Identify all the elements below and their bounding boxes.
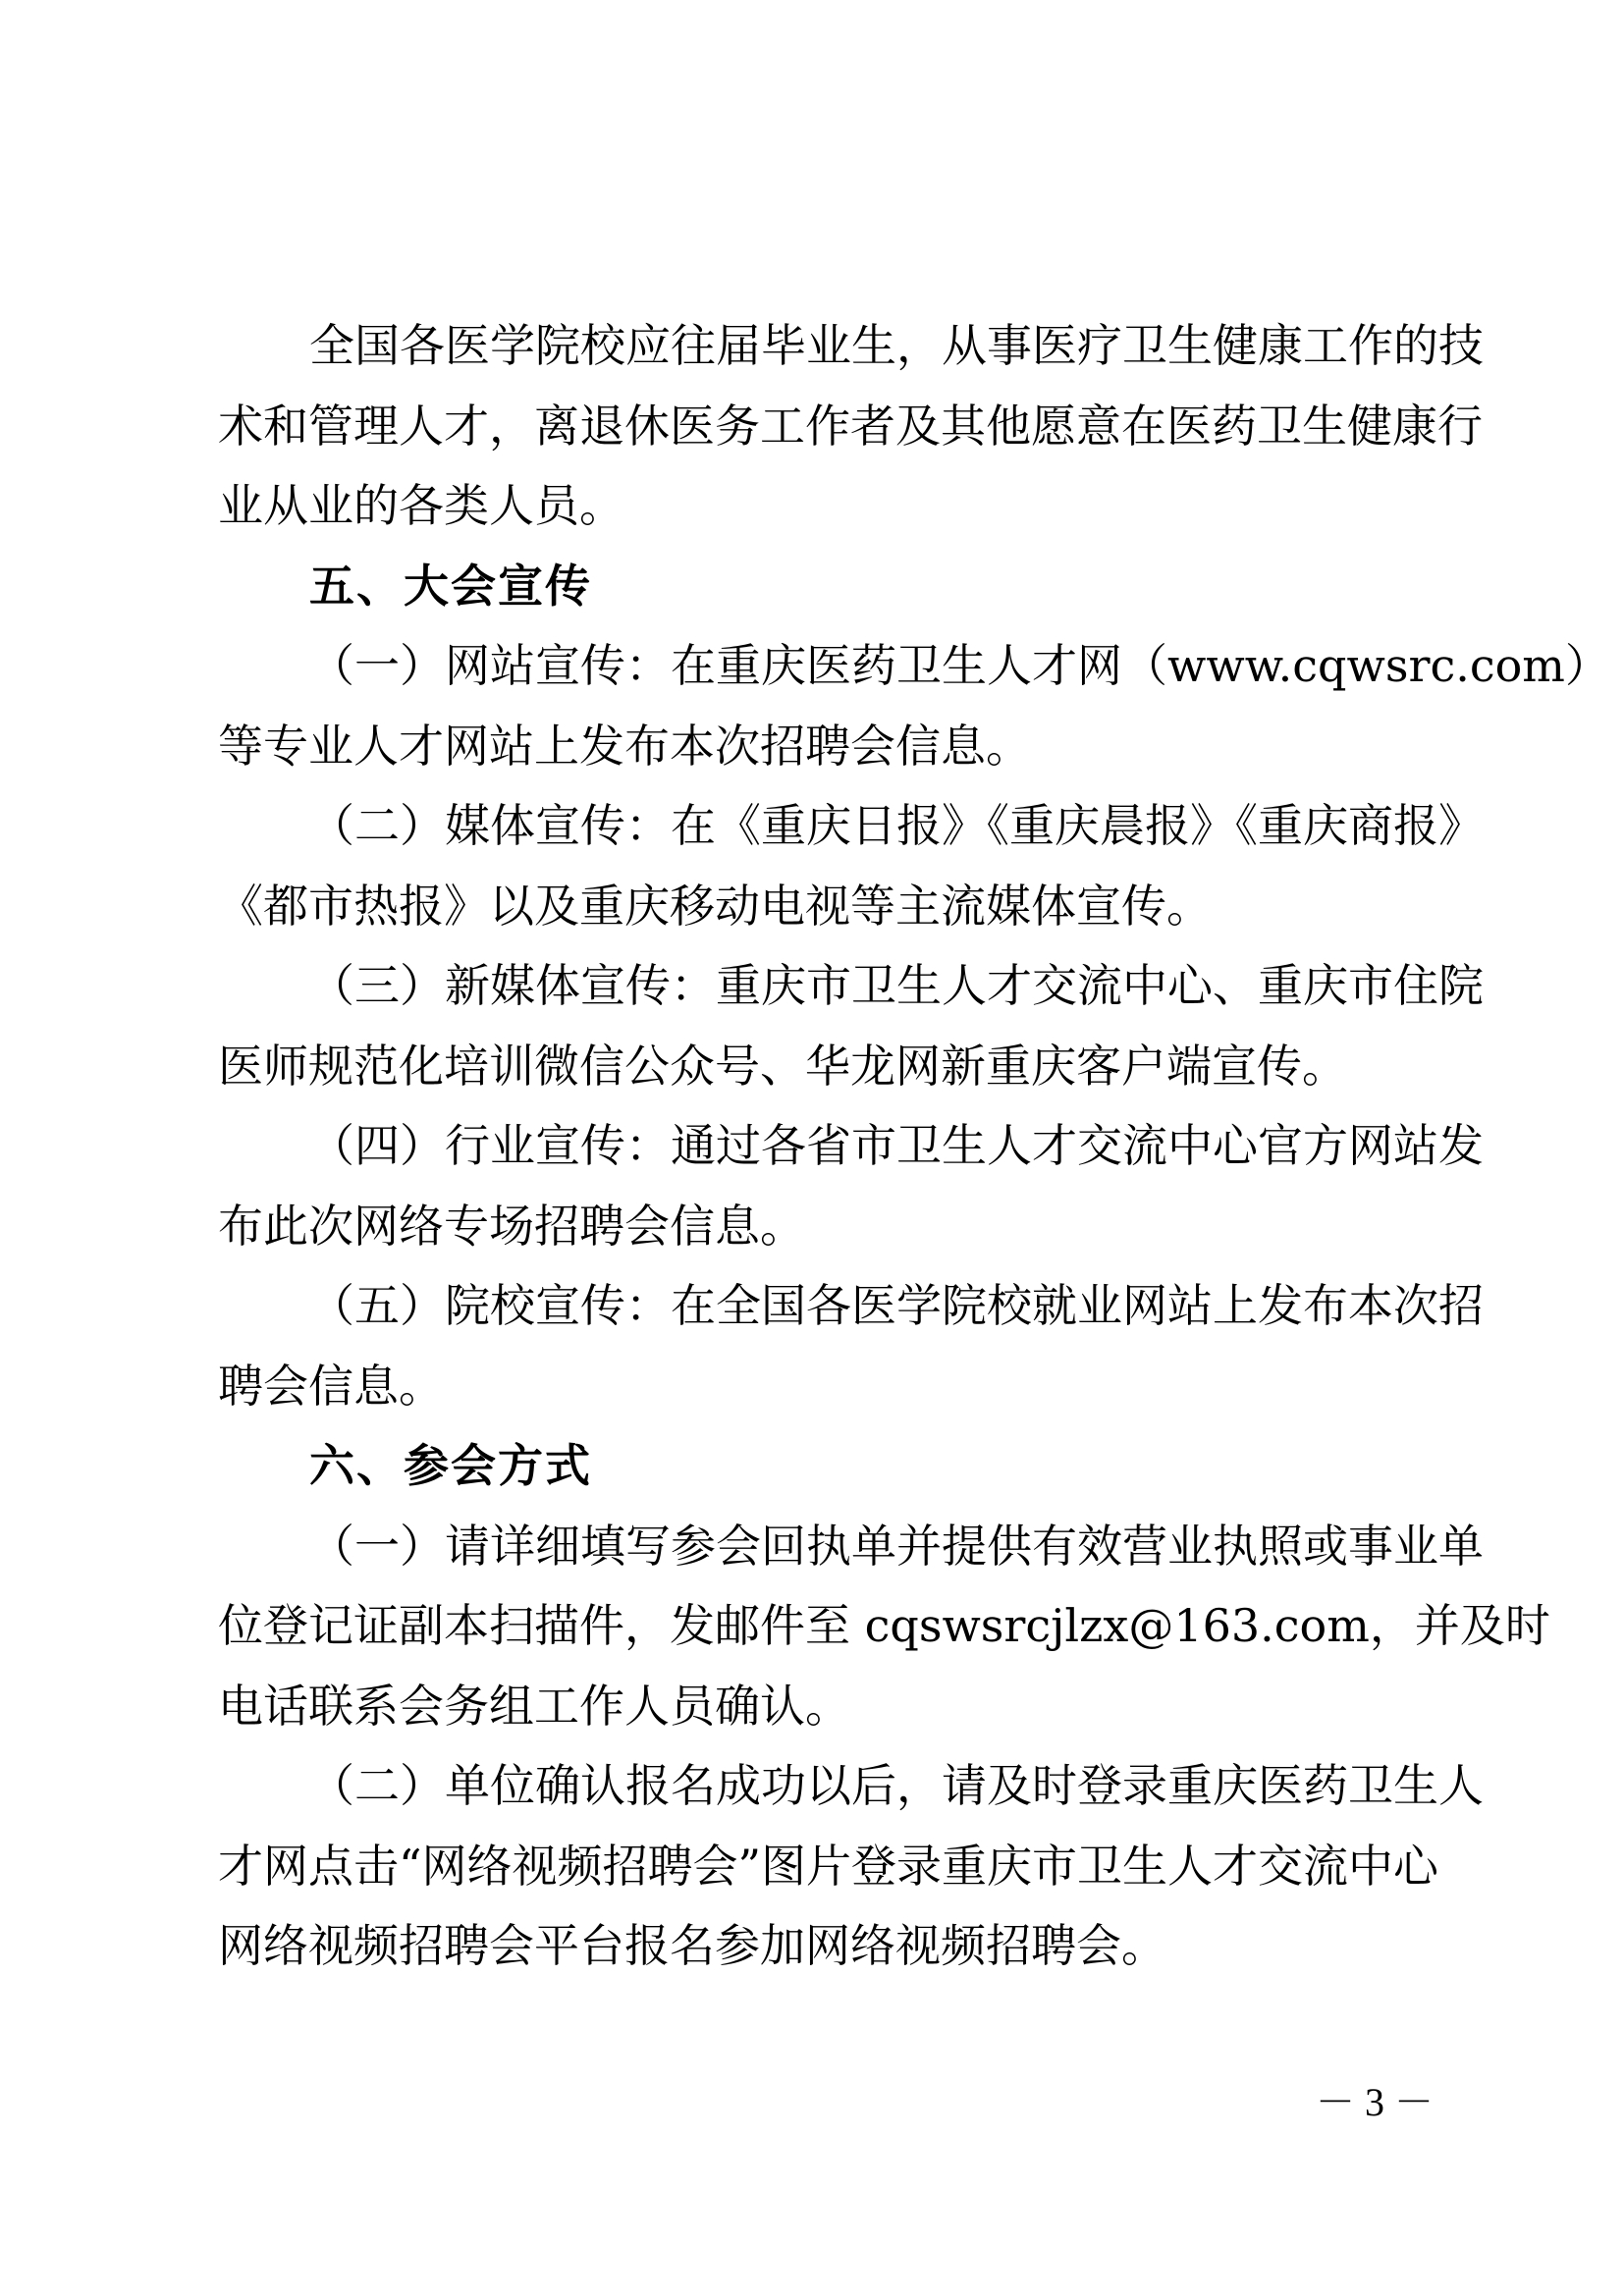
paragraph-line: （二）单位确认报名成功以后，请及时登录重庆医药卫生人: [309, 1745, 1429, 1826]
section-heading-participation: 六、参会方式: [309, 1425, 1429, 1506]
section-heading-publicity: 五、大会宣传: [309, 546, 1429, 626]
paragraph-line: 业从业的各类人员。: [218, 465, 1429, 546]
page-number: － 3 －: [1306, 2071, 1443, 2127]
paragraph-line: 布此次网络专场招聘会信息。: [218, 1186, 1429, 1266]
paragraph-line: 等专业人才网站上发布本次招聘会信息。: [218, 706, 1429, 786]
paragraph-line: （二）媒体宣传：在《重庆日报》《重庆晨报》《重庆商报》: [309, 785, 1429, 866]
paragraph-line: 医师规范化培训微信公众号、华龙网新重庆客户端宣传。: [218, 1026, 1429, 1106]
paragraph-line: 才网点击“网络视频招聘会”图片登录重庆市卫生人才交流中心: [218, 1826, 1429, 1906]
paragraph-line: （一）请详细填写参会回执单并提供有效营业执照或事业单: [309, 1506, 1429, 1586]
paragraph-line: （一）网站宣传：在重庆医药卫生人才网（www.cqwsrc.com）: [309, 625, 1429, 706]
paragraph-line: （五）院校宣传：在全国各医学院校就业网站上发布本次招: [309, 1265, 1429, 1346]
paragraph-line: 网络视频招聘会平台报名参加网络视频招聘会。: [218, 1905, 1429, 1986]
paragraph-line: 电话联系会务组工作人员确认。: [218, 1666, 1429, 1746]
paragraph-line: 《都市热报》以及重庆移动电视等主流媒体宣传。: [218, 866, 1429, 946]
paragraph-line: 全国各医学院校应往届毕业生，从事医疗卫生健康工作的技: [309, 305, 1429, 386]
paragraph-line: （三）新媒体宣传：重庆市卫生人才交流中心、重庆市住院: [309, 945, 1429, 1026]
paragraph-line: 聘会信息。: [218, 1346, 1429, 1426]
paragraph-line-email: 位登记证副本扫描件，发邮件至 cqswsrcjlzx@163.com，并及时: [218, 1585, 1429, 1666]
paragraph-line: 术和管理人才，离退休医务工作者及其他愿意在医药卫生健康行: [218, 386, 1429, 466]
paragraph-line: （四）行业宣传：通过各省市卫生人才交流中心官方网站发: [309, 1105, 1429, 1186]
document-page: 全国各医学院校应往届毕业生，从事医疗卫生健康工作的技 术和管理人才，离退休医务工…: [0, 0, 1624, 2296]
